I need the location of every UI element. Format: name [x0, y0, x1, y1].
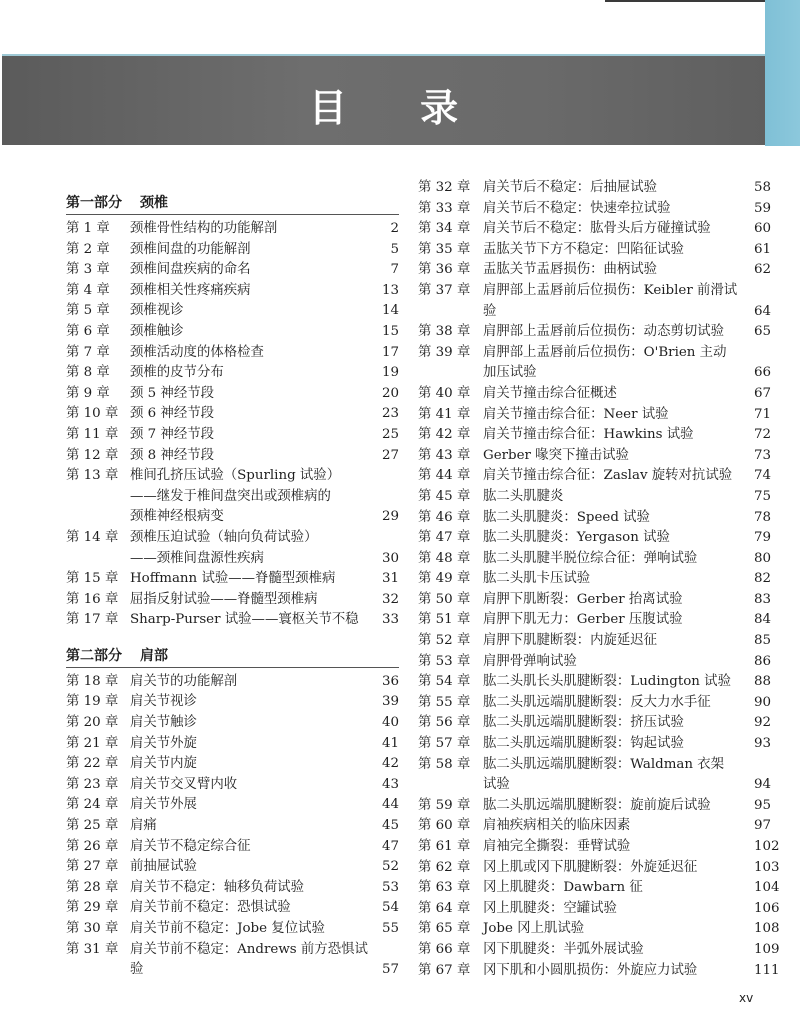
chapter-page-number: 85 [748, 631, 786, 652]
chapter-title: 颈 6 神经节段 [130, 404, 369, 425]
chapter-title: 肩胛部上盂唇前后位损伤：动态剪切试验 [483, 322, 748, 343]
chapter-title: 肩关节撞击综合征概述 [483, 384, 748, 405]
toc-entry[interactable]: 第 57 章肱二头肌远端肌腱断裂：钩起试验93 [418, 734, 786, 755]
chapter-number: 第 50 章 [418, 590, 483, 611]
toc-entry[interactable]: 第 30 章肩关节前不稳定：Jobe 复位试验55 [66, 919, 399, 940]
chapter-title: 肱二头肌远端肌腱断裂：反大力水手征 [483, 693, 748, 714]
page-title: 目 录 [2, 77, 765, 132]
chapter-title-line: 试验 [483, 775, 748, 796]
chapter-title-line: 肩胛骨弹响试验 [483, 652, 748, 673]
chapter-title-line: ——继发于椎间盘突出或颈椎病的 [130, 487, 369, 508]
toc-entry[interactable]: 第 3 章颈椎间盘疾病的命名7 [66, 260, 399, 281]
chapter-number: 第 12 章 [66, 446, 130, 467]
chapter-title: 颈椎骨性结构的功能解剖 [130, 219, 369, 240]
chapter-page-number: 55 [369, 919, 399, 940]
chapter-title: 肩关节内旋 [130, 754, 369, 775]
chapter-title-line: 肩胛部上盂唇前后位损伤：动态剪切试验 [483, 322, 748, 343]
chapter-page-number: 25 [369, 425, 399, 446]
chapter-title: 颈椎间盘疾病的命名 [130, 260, 369, 281]
chapter-number: 第 65 章 [418, 919, 483, 940]
toc-right-column: 第 32 章肩关节后不稳定：后抽屉试验58第 33 章肩关节后不稳定：快速牵拉试… [418, 178, 786, 981]
toc-entry[interactable]: 第 67 章冈下肌和小圆肌损伤：外旋应力试验111 [418, 961, 786, 982]
chapter-page-number: 90 [748, 693, 786, 714]
chapter-title: 盂肱关节下方不稳定：凹陷征试验 [483, 240, 748, 261]
chapter-number: 第 47 章 [418, 528, 483, 549]
chapter-page-number: 19 [369, 363, 399, 384]
toc-entry[interactable]: 第 7 章颈椎活动度的体格检查17 [66, 343, 399, 364]
chapter-number: 第 52 章 [418, 631, 483, 652]
chapter-page-number: 64 [748, 302, 786, 323]
chapter-title-line: 肩胛下肌腱断裂：内旋延迟征 [483, 631, 748, 652]
chapter-title: 屈指反射试验——脊髓型颈椎病 [130, 590, 369, 611]
chapter-title-line: 肩关节前不稳定：Jobe 复位试验 [130, 919, 369, 940]
chapter-title: 肩关节前不稳定：Andrews 前方恐惧试验 [130, 940, 369, 981]
toc-entry[interactable]: 第 47 章肱二头肌腱炎：Yergason 试验79 [418, 528, 786, 549]
toc-entry[interactable]: 第 8 章颈椎的皮节分布19 [66, 363, 399, 384]
chapter-title-line: 颈椎的皮节分布 [130, 363, 369, 384]
chapter-page-number: 108 [748, 919, 786, 940]
chapter-title: 颈椎的皮节分布 [130, 363, 369, 384]
chapter-title-line: 颈椎相关性疼痛疾病 [130, 281, 369, 302]
chapter-title-line: 肱二头肌腱炎 [483, 487, 748, 508]
chapter-title: 颈椎活动度的体格检查 [130, 343, 369, 364]
chapter-page-number: 73 [748, 446, 786, 467]
chapter-title: 肩袖完全撕裂：垂臂试验 [483, 837, 748, 858]
chapter-title: 肩关节后不稳定：快速牵拉试验 [483, 199, 748, 220]
chapter-page-number: 27 [369, 446, 399, 467]
chapter-title: 肩关节交叉臂内收 [130, 775, 369, 796]
chapter-number: 第 61 章 [418, 837, 483, 858]
chapter-number: 第 8 章 [66, 363, 130, 384]
chapter-title-line: 颈椎压迫试验（轴向负荷试验） [130, 528, 369, 549]
toc-entry[interactable]: 第 16 章屈指反射试验——脊髓型颈椎病32 [66, 590, 399, 611]
chapter-title: 肩关节后不稳定：肱骨头后方碰撞试验 [483, 219, 748, 240]
toc-entry[interactable]: 第 29 章肩关节前不稳定：恐惧试验54 [66, 898, 399, 919]
chapter-page-number: 97 [748, 816, 786, 837]
toc-entry[interactable]: 第 32 章肩关节后不稳定：后抽屉试验58 [418, 178, 786, 199]
chapter-number: 第 51 章 [418, 610, 483, 631]
chapter-page-number: 94 [748, 775, 786, 796]
chapter-title-line: 肩关节撞击综合征：Zaslav 旋转对抗试验 [483, 466, 748, 487]
chapter-page-number: 7 [369, 260, 399, 281]
toc-entry[interactable]: 第 33 章肩关节后不稳定：快速牵拉试验59 [418, 199, 786, 220]
chapter-title: 肩关节触诊 [130, 713, 369, 734]
toc-entry[interactable]: 第 58 章肱二头肌远端肌腱断裂：Waldman 衣架试验94 [418, 755, 786, 796]
toc-entry[interactable]: 第 42 章肩关节撞击综合征：Hawkins 试验72 [418, 425, 786, 446]
chapter-title: Hoffmann 试验——脊髓型颈椎病 [130, 569, 369, 590]
chapter-number: 第 3 章 [66, 260, 130, 281]
chapter-page-number: 62 [748, 260, 786, 281]
chapter-page-number: 58 [748, 178, 786, 199]
toc-entry[interactable]: 第 21 章肩关节外旋41 [66, 734, 399, 755]
chapter-title: 颈椎视诊 [130, 301, 369, 322]
chapter-title: 颈椎触诊 [130, 322, 369, 343]
chapter-title-line: 冈上肌腱炎：空罐试验 [483, 899, 748, 920]
chapter-page-number: 61 [748, 240, 786, 261]
chapter-number: 第 7 章 [66, 343, 130, 364]
chapter-title-line: 肱二头肌腱半脱位综合征：弹响试验 [483, 549, 748, 570]
chapter-number: 第 37 章 [418, 281, 483, 302]
chapter-number: 第 30 章 [66, 919, 130, 940]
chapter-number: 第 49 章 [418, 569, 483, 590]
chapter-title: 颈 7 神经节段 [130, 425, 369, 446]
toc-entry[interactable]: 第 41 章肩关节撞击综合征：Neer 试验71 [418, 405, 786, 426]
chapter-page-number: 57 [369, 960, 399, 981]
chapter-page-number: 52 [369, 857, 399, 878]
chapter-page-number: 80 [748, 549, 786, 570]
chapter-number: 第 1 章 [66, 219, 130, 240]
chapter-title-line: 肩关节内旋 [130, 754, 369, 775]
chapter-title-line: ——颈椎间盘源性疾病 [130, 549, 369, 570]
chapter-page-number: 20 [369, 384, 399, 405]
chapter-title-line: 肩关节撞击综合征：Neer 试验 [483, 405, 748, 426]
toc-entry[interactable]: 第 9 章颈 5 神经节段20 [66, 384, 399, 405]
toc-entry[interactable]: 第 55 章肱二头肌远端肌腱断裂：反大力水手征90 [418, 693, 786, 714]
chapter-title: 肩胛部上盂唇前后位损伤：Keibler 前滑试验 [483, 281, 748, 322]
chapter-title-line: 椎间孔挤压试验（Spurling 试验） [130, 466, 369, 487]
chapter-number: 第 57 章 [418, 734, 483, 755]
toc-entry[interactable]: 第 38 章肩胛部上盂唇前后位损伤：动态剪切试验65 [418, 322, 786, 343]
chapter-page-number: 13 [369, 281, 399, 302]
chapter-page-number: 74 [748, 466, 786, 487]
toc-entry[interactable]: 第 26 章肩关节不稳定综合征47 [66, 837, 399, 858]
chapter-title: 颈椎压迫试验（轴向负荷试验）——颈椎间盘源性疾病 [130, 528, 369, 569]
chapter-number: 第 54 章 [418, 672, 483, 693]
toc-entry[interactable]: 第 52 章肩胛下肌腱断裂：内旋延迟征85 [418, 631, 786, 652]
chapter-page-number: 71 [748, 405, 786, 426]
chapter-page-number: 92 [748, 713, 786, 734]
chapter-title-line: 肱二头肌远端肌腱断裂：挤压试验 [483, 713, 748, 734]
chapter-number: 第 13 章 [66, 466, 130, 487]
chapter-page-number: 41 [369, 734, 399, 755]
chapter-page-number: 103 [748, 858, 786, 879]
chapter-title-line: 肱二头肌长头肌腱断裂：Ludington 试验 [483, 672, 748, 693]
chapter-number: 第 33 章 [418, 199, 483, 220]
chapter-title: 冈上肌腱炎：Dawbarn 征 [483, 878, 748, 899]
chapter-title: 肩痛 [130, 816, 369, 837]
chapter-title: 冈下肌和小圆肌损伤：外旋应力试验 [483, 961, 748, 982]
chapter-title-line: 肱二头肌腱炎：Yergason 试验 [483, 528, 748, 549]
chapter-title-line: 颈椎间盘的功能解剖 [130, 240, 369, 261]
chapter-number: 第 64 章 [418, 899, 483, 920]
chapter-title: 肩关节前不稳定：恐惧试验 [130, 898, 369, 919]
chapter-page-number: 72 [748, 425, 786, 446]
chapter-page-number: 83 [748, 590, 786, 611]
chapter-page-number: 40 [369, 713, 399, 734]
toc-entry[interactable]: 第 6 章颈椎触诊15 [66, 322, 399, 343]
toc-entry[interactable]: 第 20 章肩关节触诊40 [66, 713, 399, 734]
chapter-number: 第 48 章 [418, 549, 483, 570]
toc-entry[interactable]: 第 61 章肩袖完全撕裂：垂臂试验102 [418, 837, 786, 858]
toc-entry[interactable]: 第 12 章颈 8 神经节段27 [66, 446, 399, 467]
chapter-title: 肩关节撞击综合征：Neer 试验 [483, 405, 748, 426]
chapter-page-number: 78 [748, 508, 786, 529]
chapter-page-number: 67 [748, 384, 786, 405]
toc-entry[interactable]: 第 37 章肩胛部上盂唇前后位损伤：Keibler 前滑试验64 [418, 281, 786, 322]
toc-entry[interactable]: 第 51 章肩胛下肌无力：Gerber 压腹试验84 [418, 610, 786, 631]
chapter-title-line: 颈 6 神经节段 [130, 404, 369, 425]
chapter-number: 第 23 章 [66, 775, 130, 796]
chapter-title: 肩关节后不稳定：后抽屉试验 [483, 178, 748, 199]
toc-entry[interactable]: 第 50 章肩胛下肌断裂：Gerber 抬离试验83 [418, 590, 786, 611]
chapter-number: 第 45 章 [418, 487, 483, 508]
toc-entry[interactable]: 第 17 章Sharp-Purser 试验——寰枢关节不稳33 [66, 610, 399, 631]
toc-entry[interactable]: 第 10 章颈 6 神经节段23 [66, 404, 399, 425]
toc-entry[interactable]: 第 54 章肱二头肌长头肌腱断裂：Ludington 试验88 [418, 672, 786, 693]
chapter-title-line: 前抽屉试验 [130, 857, 369, 878]
toc-entry[interactable]: 第 66 章冈下肌腱炎：半弧外展试验109 [418, 940, 786, 961]
chapter-title-line: 肱二头肌腱炎：Speed 试验 [483, 508, 748, 529]
chapter-title-line: 肱二头肌远端肌腱断裂：钩起试验 [483, 734, 748, 755]
chapter-title: 肱二头肌腱半脱位综合征：弹响试验 [483, 549, 748, 570]
toc-entry[interactable]: 第 2 章颈椎间盘的功能解剖5 [66, 240, 399, 261]
chapter-title: 肩胛下肌无力：Gerber 压腹试验 [483, 610, 748, 631]
chapter-title-line: 肩痛 [130, 816, 369, 837]
chapter-title: 肱二头肌长头肌腱断裂：Ludington 试验 [483, 672, 748, 693]
chapter-title-line: 肩关节前不稳定：恐惧试验 [130, 898, 369, 919]
toc-entry[interactable]: 第 4 章颈椎相关性疼痛疾病13 [66, 281, 399, 302]
chapter-page-number: 36 [369, 672, 399, 693]
page-number: xv [739, 991, 753, 1005]
chapter-page-number: 84 [748, 610, 786, 631]
chapter-title: 肩胛下肌断裂：Gerber 抬离试验 [483, 590, 748, 611]
toc-entry[interactable]: 第 19 章肩关节视诊39 [66, 692, 399, 713]
chapter-number: 第 42 章 [418, 425, 483, 446]
chapter-page-number: 42 [369, 754, 399, 775]
chapter-number: 第 18 章 [66, 672, 130, 693]
chapter-title: 冈上肌或冈下肌腱断裂：外旋延迟征 [483, 858, 748, 879]
chapter-title-line: 颈 8 神经节段 [130, 446, 369, 467]
chapter-title: 肩关节撞击综合征：Zaslav 旋转对抗试验 [483, 466, 748, 487]
chapter-title-line: 颈 7 神经节段 [130, 425, 369, 446]
chapter-title: 肱二头肌腱炎：Yergason 试验 [483, 528, 748, 549]
chapter-number: 第 14 章 [66, 528, 130, 549]
chapter-title-line: 肩关节的功能解剖 [130, 672, 369, 693]
chapter-title: 肩关节不稳定：轴移负荷试验 [130, 878, 369, 899]
chapter-number: 第 24 章 [66, 795, 130, 816]
part-number: 第二部分 [66, 648, 122, 664]
toc-entry[interactable]: 第 65 章Jobe 冈上肌试验108 [418, 919, 786, 940]
chapter-title-line: Hoffmann 试验——脊髓型颈椎病 [130, 569, 369, 590]
chapter-title-line: Gerber 喙突下撞击试验 [483, 446, 748, 467]
chapter-title-line: 肱二头肌远端肌腱断裂：Waldman 衣架 [483, 755, 748, 776]
chapter-number: 第 34 章 [418, 219, 483, 240]
part-title: 颈椎 [140, 195, 168, 211]
chapter-page-number: 106 [748, 899, 786, 920]
chapter-number: 第 59 章 [418, 796, 483, 817]
toc-entry[interactable]: 第 46 章肱二头肌腱炎：Speed 试验78 [418, 508, 786, 529]
chapter-title-line: 肱二头肌卡压试验 [483, 569, 748, 590]
chapter-title-line: 肩关节不稳定综合征 [130, 837, 369, 858]
chapter-title: 颈椎相关性疼痛疾病 [130, 281, 369, 302]
chapter-number: 第 28 章 [66, 878, 130, 899]
chapter-title: 肩关节前不稳定：Jobe 复位试验 [130, 919, 369, 940]
part-number: 第一部分 [66, 195, 122, 211]
chapter-title-line: 颈 5 神经节段 [130, 384, 369, 405]
chapter-page-number: 102 [748, 837, 786, 858]
chapter-title-line: 盂肱关节下方不稳定：凹陷征试验 [483, 240, 748, 261]
chapter-number: 第 58 章 [418, 755, 483, 776]
chapter-title: 肩关节视诊 [130, 692, 369, 713]
chapter-title-line: 肩胛下肌无力：Gerber 压腹试验 [483, 610, 748, 631]
chapter-number: 第 17 章 [66, 610, 130, 631]
toc-entry[interactable]: 第 25 章肩痛45 [66, 816, 399, 837]
toc-entry[interactable]: 第 15 章Hoffmann 试验——脊髓型颈椎病31 [66, 569, 399, 590]
chapter-number: 第 15 章 [66, 569, 130, 590]
chapter-number: 第 32 章 [418, 178, 483, 199]
toc-entry[interactable]: 第 1 章颈椎骨性结构的功能解剖2 [66, 219, 399, 240]
chapter-number: 第 10 章 [66, 404, 130, 425]
chapter-page-number: 5 [369, 240, 399, 261]
part-heading: 第二部分肩部 [66, 645, 399, 668]
part-title: 肩部 [140, 648, 168, 664]
chapter-title-line: 颈椎视诊 [130, 301, 369, 322]
toc-entry[interactable]: 第 45 章肱二头肌腱炎75 [418, 487, 786, 508]
toc-entry[interactable]: 第 5 章颈椎视诊14 [66, 301, 399, 322]
chapter-number: 第 31 章 [66, 940, 130, 961]
chapter-page-number: 32 [369, 590, 399, 611]
toc-entry[interactable]: 第 62 章冈上肌或冈下肌腱断裂：外旋延迟征103 [418, 858, 786, 879]
toc-entry[interactable]: 第 39 章肩胛部上盂唇前后位损伤：O'Brien 主动加压试验66 [418, 343, 786, 384]
chapter-title-line: 盂肱关节盂唇损伤：曲柄试验 [483, 260, 748, 281]
chapter-page-number: 66 [748, 363, 786, 384]
chapter-title-line: 颈椎骨性结构的功能解剖 [130, 219, 369, 240]
chapter-title-line: 肩关节后不稳定：后抽屉试验 [483, 178, 748, 199]
chapter-page-number: 31 [369, 569, 399, 590]
chapter-title: 颈椎间盘的功能解剖 [130, 240, 369, 261]
chapter-title: 肱二头肌远端肌腱断裂：旋前旋后试验 [483, 796, 748, 817]
chapter-page-number: 59 [748, 199, 786, 220]
chapter-title: 盂肱关节盂唇损伤：曲柄试验 [483, 260, 748, 281]
chapter-title: 肩关节不稳定综合征 [130, 837, 369, 858]
chapter-page-number: 88 [748, 672, 786, 693]
chapter-page-number: 65 [748, 322, 786, 343]
chapter-title-line: 肱二头肌远端肌腱断裂：反大力水手征 [483, 693, 748, 714]
toc-entry[interactable]: 第 43 章Gerber 喙突下撞击试验73 [418, 446, 786, 467]
chapter-page-number: 44 [369, 795, 399, 816]
chapter-title: 肩关节外旋 [130, 734, 369, 755]
toc-entry[interactable]: 第 34 章肩关节后不稳定：肱骨头后方碰撞试验60 [418, 219, 786, 240]
chapter-number: 第 19 章 [66, 692, 130, 713]
chapter-title: 颈 5 神经节段 [130, 384, 369, 405]
toc-entry[interactable]: 第 59 章肱二头肌远端肌腱断裂：旋前旋后试验95 [418, 796, 786, 817]
chapter-title-line: 肩关节撞击综合征概述 [483, 384, 748, 405]
toc-entry[interactable]: 第 24 章肩关节外展44 [66, 795, 399, 816]
chapter-title: 肩关节的功能解剖 [130, 672, 369, 693]
chapter-page-number: 29 [369, 507, 399, 528]
toc-entry[interactable]: 第 28 章肩关节不稳定：轴移负荷试验53 [66, 878, 399, 899]
chapter-page-number: 2 [369, 219, 399, 240]
chapter-number: 第 62 章 [418, 858, 483, 879]
chapter-page-number: 14 [369, 301, 399, 322]
chapter-title-line: 颈椎触诊 [130, 322, 369, 343]
chapter-title: 肩胛骨弹响试验 [483, 652, 748, 673]
chapter-number: 第 29 章 [66, 898, 130, 919]
chapter-title-line: 肩袖完全撕裂：垂臂试验 [483, 837, 748, 858]
toc-entry[interactable]: 第 13 章椎间孔挤压试验（Spurling 试验）——继发于椎间盘突出或颈椎病… [66, 466, 399, 528]
toc-entry[interactable]: 第 14 章颈椎压迫试验（轴向负荷试验）——颈椎间盘源性疾病30 [66, 528, 399, 569]
chapter-title-line: Jobe 冈上肌试验 [483, 919, 748, 940]
chapter-number: 第 21 章 [66, 734, 130, 755]
toc-entry[interactable]: 第 40 章肩关节撞击综合征概述67 [418, 384, 786, 405]
toc-entry[interactable]: 第 64 章冈上肌腱炎：空罐试验106 [418, 899, 786, 920]
chapter-number: 第 16 章 [66, 590, 130, 611]
chapter-page-number: 30 [369, 549, 399, 570]
chapter-title-line: 屈指反射试验——脊髓型颈椎病 [130, 590, 369, 611]
chapter-title: 冈上肌腱炎：空罐试验 [483, 899, 748, 920]
toc-entry[interactable]: 第 22 章肩关节内旋42 [66, 754, 399, 775]
chapter-number: 第 60 章 [418, 816, 483, 837]
chapter-page-number: 95 [748, 796, 786, 817]
chapter-title-line: 肩关节不稳定：轴移负荷试验 [130, 878, 369, 899]
chapter-page-number: 23 [369, 404, 399, 425]
chapter-page-number: 15 [369, 322, 399, 343]
chapter-title-line: 肩关节视诊 [130, 692, 369, 713]
chapter-number: 第 67 章 [418, 961, 483, 982]
toc-entry[interactable]: 第 49 章肱二头肌卡压试验82 [418, 569, 786, 590]
title-band: 目 录 [2, 54, 765, 145]
chapter-number: 第 39 章 [418, 343, 483, 364]
chapter-page-number: 104 [748, 878, 786, 899]
chapter-title-line: 颈椎间盘疾病的命名 [130, 260, 369, 281]
toc-entry[interactable]: 第 27 章前抽屉试验52 [66, 857, 399, 878]
toc-entry[interactable]: 第 60 章肩袖疾病相关的临床因素97 [418, 816, 786, 837]
toc-entry[interactable]: 第 36 章盂肱关节盂唇损伤：曲柄试验62 [418, 260, 786, 281]
chapter-page-number: 33 [369, 610, 399, 631]
chapter-title: 肱二头肌远端肌腱断裂：挤压试验 [483, 713, 748, 734]
chapter-title: 肱二头肌远端肌腱断裂：Waldman 衣架试验 [483, 755, 748, 796]
chapter-number: 第 41 章 [418, 405, 483, 426]
chapter-number: 第 27 章 [66, 857, 130, 878]
chapter-page-number: 45 [369, 816, 399, 837]
toc-entry[interactable]: 第 23 章肩关节交叉臂内收43 [66, 775, 399, 796]
toc-entry[interactable]: 第 31 章肩关节前不稳定：Andrews 前方恐惧试验57 [66, 940, 399, 981]
chapter-number: 第 63 章 [418, 878, 483, 899]
toc-entry[interactable]: 第 56 章肱二头肌远端肌腱断裂：挤压试验92 [418, 713, 786, 734]
chapter-page-number: 53 [369, 878, 399, 899]
toc-entry[interactable]: 第 18 章肩关节的功能解剖36 [66, 672, 399, 693]
chapter-title: 肩胛下肌腱断裂：内旋延迟征 [483, 631, 748, 652]
chapter-title-line: 肩胛下肌断裂：Gerber 抬离试验 [483, 590, 748, 611]
chapter-number: 第 36 章 [418, 260, 483, 281]
chapter-title-line: 肩关节撞击综合征：Hawkins 试验 [483, 425, 748, 446]
chapter-title: Sharp-Purser 试验——寰枢关节不稳 [130, 610, 369, 631]
top-decorative-line [605, 0, 765, 2]
chapter-page-number: 82 [748, 569, 786, 590]
chapter-number: 第 40 章 [418, 384, 483, 405]
toc-entry[interactable]: 第 44 章肩关节撞击综合征：Zaslav 旋转对抗试验74 [418, 466, 786, 487]
toc-entry[interactable]: 第 53 章肩胛骨弹响试验86 [418, 652, 786, 673]
chapter-title-line: 肩关节交叉臂内收 [130, 775, 369, 796]
chapter-number: 第 43 章 [418, 446, 483, 467]
toc-entry[interactable]: 第 48 章肱二头肌腱半脱位综合征：弹响试验80 [418, 549, 786, 570]
chapter-title: 冈下肌腱炎：半弧外展试验 [483, 940, 748, 961]
chapter-number: 第 4 章 [66, 281, 130, 302]
toc-entry[interactable]: 第 63 章冈上肌腱炎：Dawbarn 征104 [418, 878, 786, 899]
chapter-number: 第 35 章 [418, 240, 483, 261]
chapter-title-line: 冈上肌或冈下肌腱断裂：外旋延迟征 [483, 858, 748, 879]
toc-entry[interactable]: 第 35 章盂肱关节下方不稳定：凹陷征试验61 [418, 240, 786, 261]
chapter-title-line: 肩袖疾病相关的临床因素 [483, 816, 748, 837]
chapter-title-line: 冈下肌腱炎：半弧外展试验 [483, 940, 748, 961]
chapter-number: 第 25 章 [66, 816, 130, 837]
chapter-page-number: 109 [748, 940, 786, 961]
chapter-page-number: 75 [748, 487, 786, 508]
toc-entry[interactable]: 第 11 章颈 7 神经节段25 [66, 425, 399, 446]
chapter-title: 肩胛部上盂唇前后位损伤：O'Brien 主动加压试验 [483, 343, 748, 384]
chapter-title-line: 冈下肌和小圆肌损伤：外旋应力试验 [483, 961, 748, 982]
chapter-title: 肩关节撞击综合征：Hawkins 试验 [483, 425, 748, 446]
